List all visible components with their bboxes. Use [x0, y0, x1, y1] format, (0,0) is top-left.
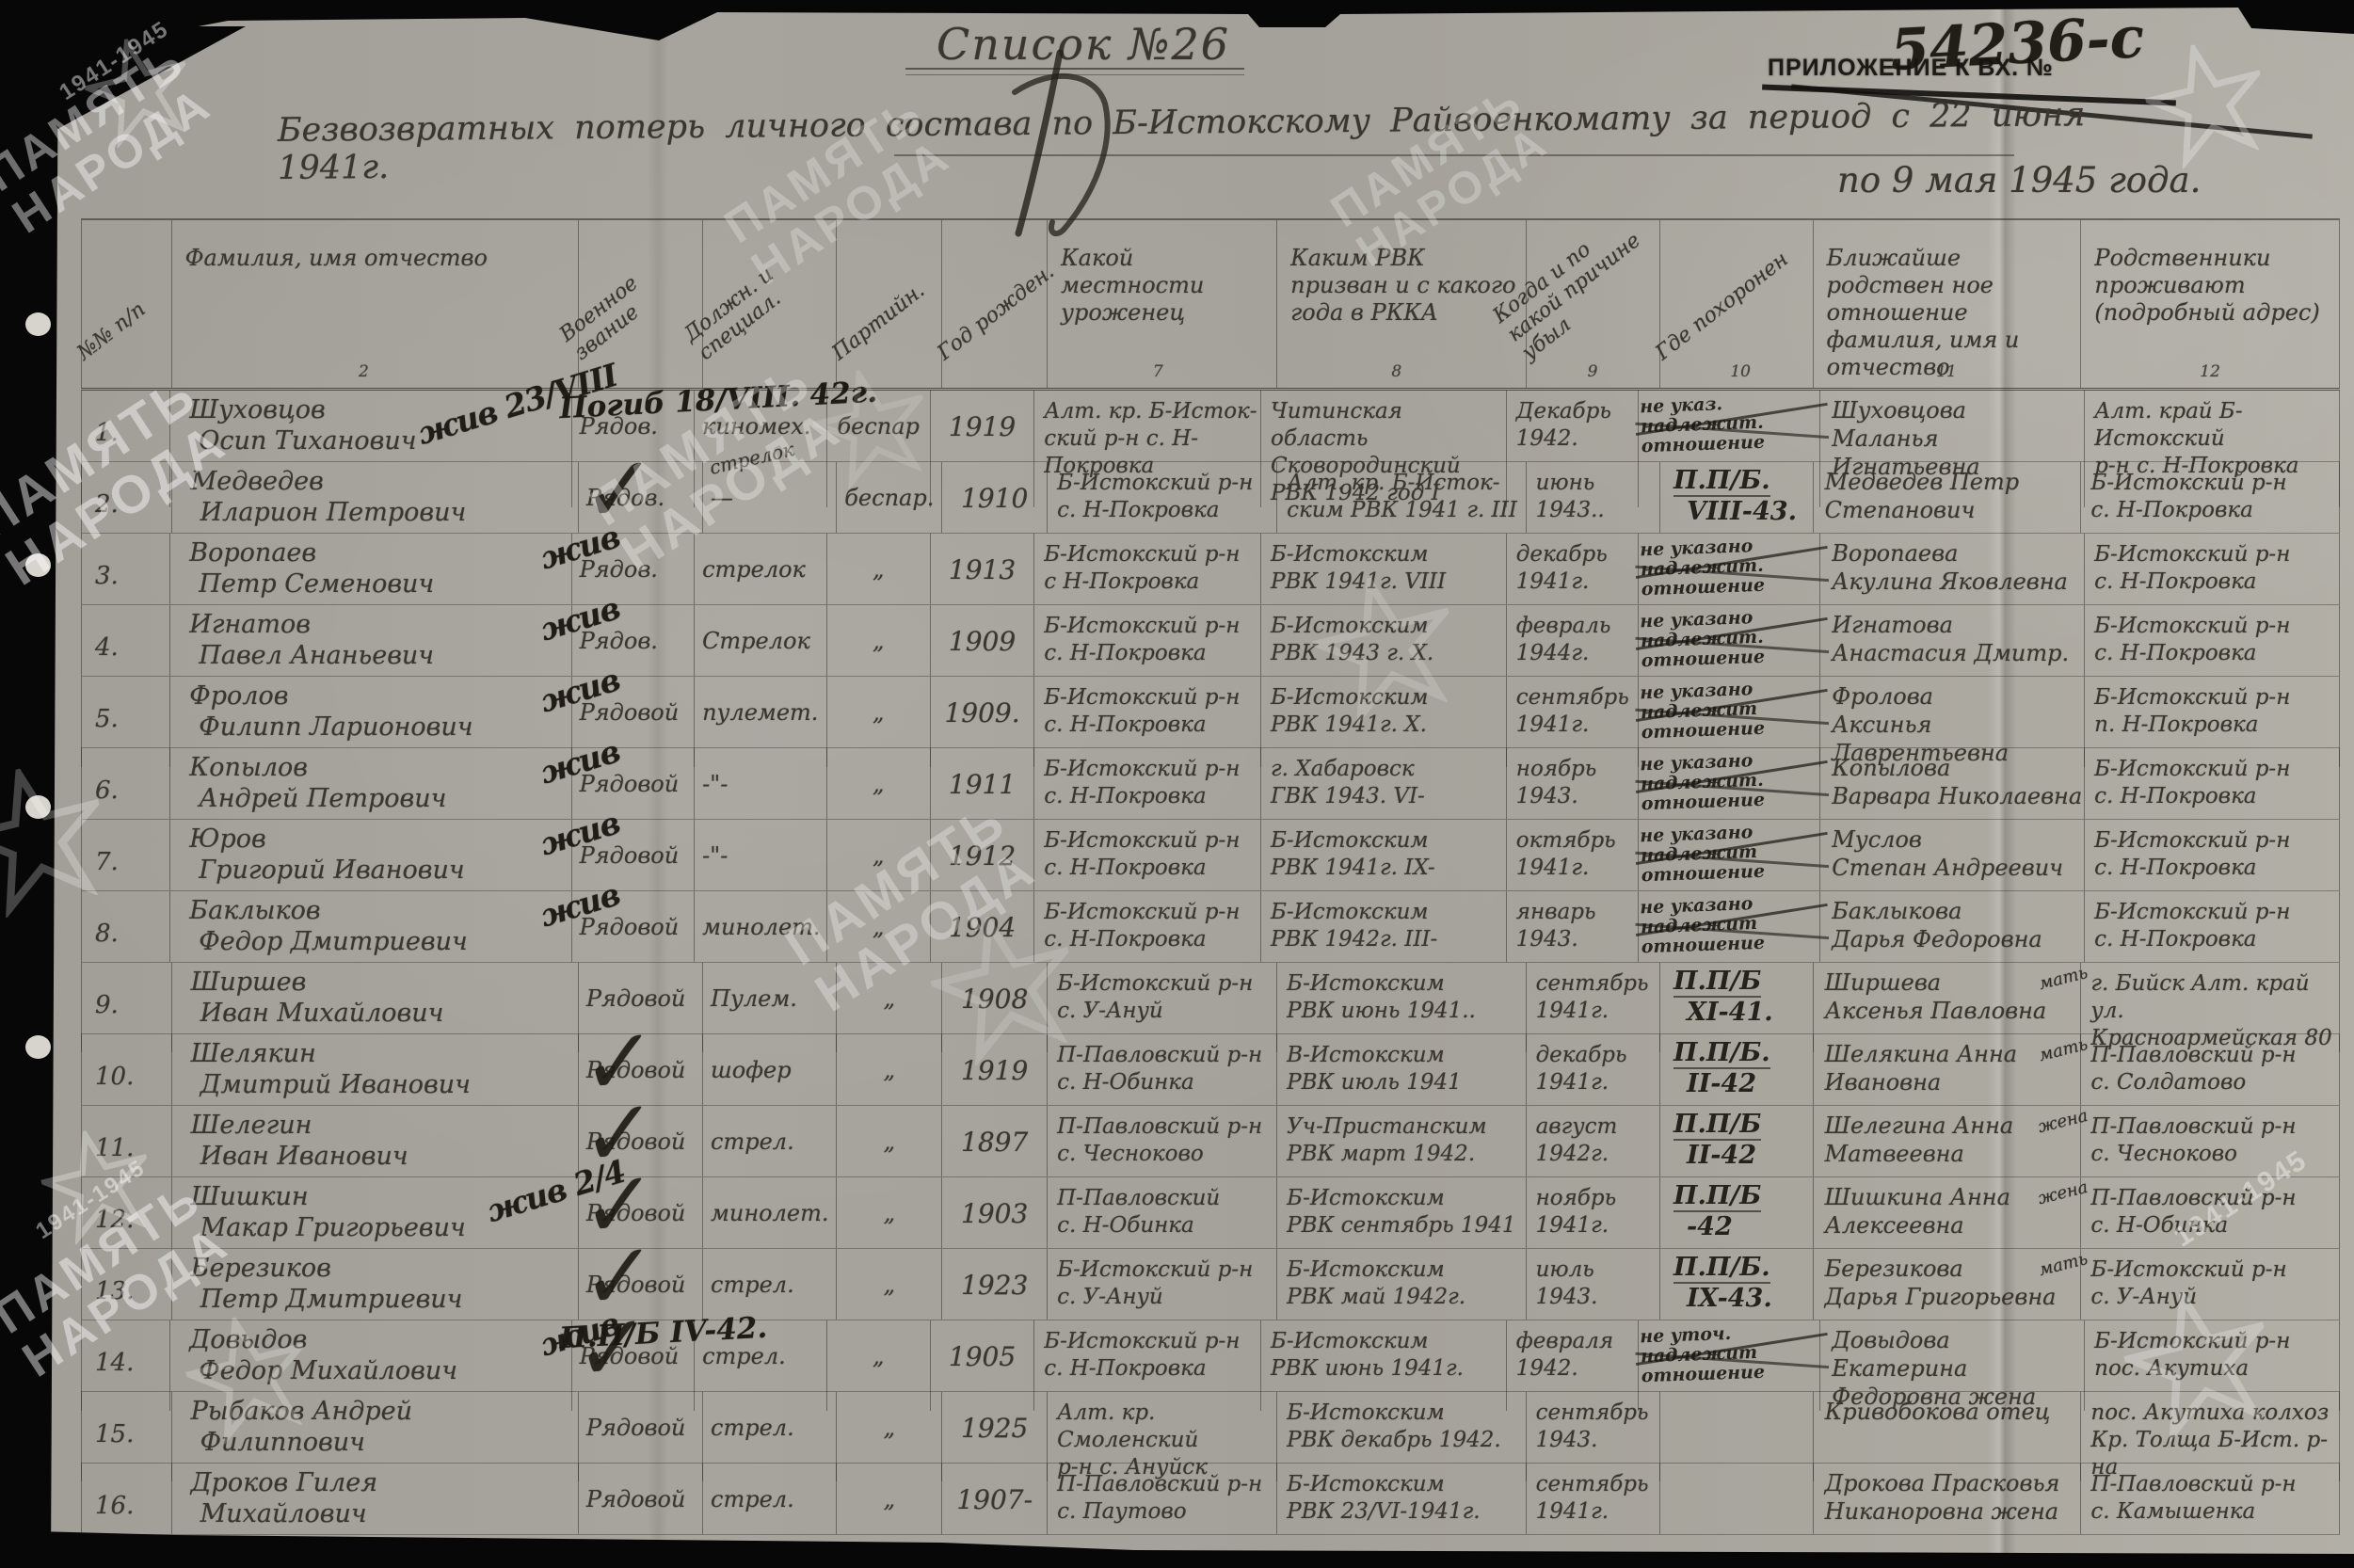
drafted-by-line2: РВК март 1942. — [1287, 1141, 1523, 1168]
column-header: Какой местности уроженец7 — [1048, 220, 1277, 388]
loss-date-line2: 1942. — [1516, 425, 1636, 453]
birthplace-line2: с. Н-Покровка — [1044, 926, 1258, 953]
punch-hole — [25, 1035, 51, 1059]
name-cell: Дроков ГилеяМихайлович — [172, 1464, 579, 1534]
birthplace-line1: Алт. кр. Смоленский — [1057, 1400, 1274, 1454]
given-name: Михайлович — [191, 1498, 578, 1529]
relative-cell: Шелегина АннаМатвеевнажена — [1814, 1106, 2082, 1176]
punch-hole — [25, 553, 51, 577]
loss-date-line1: июнь — [1536, 470, 1657, 497]
table-row: 2.МедведевИларион ПетровичРядов.✓—стрело… — [81, 462, 2340, 534]
duty-cell: стрел. — [703, 1464, 837, 1534]
burial-cell: не указанонадлежит.отношение — [1639, 605, 1820, 676]
address-line1: Б-Истокский р-н — [2090, 1256, 2337, 1284]
drafted-by-cell: Алт. кр. Б-Исток-ским РВК 1941 г. III — [1277, 462, 1526, 533]
burial-cell: П.П/БII-42 — [1660, 1106, 1814, 1176]
address-line2: с. Н-Покровка — [2094, 568, 2337, 596]
address-line1: П-Павловский р-н — [2090, 1471, 2337, 1498]
surname: Копылов — [189, 752, 570, 783]
table-row: 13.БерезиковПетр ДмитриевичРядовой✓стрел… — [81, 1249, 2340, 1320]
address-line1: П-Павловский р-н — [2090, 1185, 2337, 1212]
column-header-label: Каким РВК призван и с какого года в РККА — [1290, 245, 1515, 326]
duty-cell: минолет. — [703, 1177, 837, 1248]
party-status: „ — [827, 534, 931, 604]
field-post-line1: П.П/Б. — [1673, 1253, 1770, 1284]
loss-date-cell: июнь1943.. — [1527, 462, 1660, 533]
crossed-note-line: отношение — [1641, 932, 1821, 958]
duty-speciality: Стрелок — [702, 628, 810, 654]
drafted-by-cell: Б-ИстокскимРВК 1943 г. X. — [1261, 605, 1507, 676]
column-header-label: Родственники проживают (подробный адрес) — [2094, 245, 2319, 326]
drafted-by-line2: РВК июнь 1941г. — [1271, 1355, 1504, 1383]
surname: Шелякин — [191, 1038, 578, 1069]
address-cell: Б-Истокский р-нс. Н-Покровка — [2085, 534, 2340, 604]
address-cell: П-Павловский р-нс. Солдатово — [2081, 1034, 2340, 1105]
drafted-by-line2: ГВК 1943. VI- — [1271, 783, 1504, 810]
field-post-note: П.П/Б.VIII-43. — [1662, 466, 1813, 526]
party-status: „ — [827, 820, 931, 890]
duty-cell: шофер — [703, 1034, 837, 1105]
birthplace-cell: Б-Истокский р-нс. Н-Покровка — [1034, 605, 1261, 676]
field-post-line2: -42 — [1673, 1212, 1813, 1241]
crossed-note-line: отношение — [1641, 1361, 1821, 1387]
given-name: Иван Иванович — [191, 1141, 578, 1172]
drafted-by-line1: Б-Истокским — [1271, 827, 1504, 855]
name-cell: ШелякинДмитрий Иванович — [172, 1034, 579, 1105]
birthplace-line2: с. Н-Обинка — [1057, 1212, 1274, 1240]
address-line2: с. Н-Покровка — [2094, 926, 2337, 953]
birthplace-line1: Б-Истокский р-н — [1057, 1256, 1274, 1284]
surname: Воропаев — [189, 537, 570, 568]
birthplace-line1: П-Павловский р-н — [1057, 1042, 1274, 1069]
column-header: Год рожден. — [942, 220, 1048, 388]
column-header-label: Какой местности уроженец — [1061, 245, 1204, 326]
relative-cell: Дрокова ПрасковьяНиканоровна жена — [1814, 1464, 2082, 1534]
address-cell: Б-Истокский р-нс. Н-Покровка — [2085, 820, 2340, 890]
drafted-by-line2: ским РВК 1941 г. III — [1287, 497, 1523, 524]
loss-date-line1: декабрь — [1536, 1042, 1657, 1069]
military-rank: Рядовой — [586, 985, 686, 1012]
relative-cell: ВоропаеваАкулина Яковлевна — [1820, 534, 2085, 604]
crossed-note: не указ.надлежит.отношение — [1640, 392, 1820, 457]
birth-year: 1912 — [931, 820, 1034, 890]
relative-line2: Анастасия Дмитр. — [1832, 639, 2084, 667]
birth-year: 1903 — [942, 1177, 1048, 1248]
party-status: „ — [837, 1106, 942, 1176]
loss-date-line1: ноябрь — [1516, 756, 1636, 783]
table-row: 10.ШелякинДмитрий ИвановичРядовой✓шофер„… — [81, 1034, 2340, 1106]
loss-date-cell: декабрь1941г. — [1527, 1034, 1660, 1105]
loss-date-cell: июль1943. — [1527, 1249, 1660, 1320]
table-row: 6.КопыловАндрей ПетровичживРядовой-"-„19… — [81, 748, 2340, 820]
relative-line2: Варвара Николаевна — [1832, 782, 2084, 810]
rank-cell: Рядовой — [579, 1464, 703, 1534]
address-line1: г. Бийск Алт. край — [2090, 970, 2337, 998]
burial-cell: П.П/Б.IX-43. — [1660, 1249, 1814, 1320]
field-post-line1: П.П/Б — [1673, 967, 1761, 998]
surname: Шелегин — [191, 1110, 578, 1141]
crossed-note: не уточ.надлежитотношение — [1640, 1321, 1820, 1387]
burial-cell — [1660, 1464, 1814, 1534]
relative-cell: БаклыковаДарья Федоровна — [1820, 891, 2085, 962]
birthplace-line2: с. Н-Покровка — [1044, 712, 1258, 739]
relative-line1: Копылова — [1832, 754, 2084, 782]
loss-date-line2: 1941г. — [1516, 712, 1636, 739]
field-post-line2: II-42 — [1673, 1141, 1813, 1170]
crossed-note: не указанонадлежит.отношение — [1640, 606, 1820, 672]
duty-cell: -"- — [695, 748, 826, 819]
loss-date-line1: январь — [1516, 899, 1636, 926]
row-number: 13. — [81, 1249, 172, 1320]
drafted-by-line1: Б-Истокским — [1271, 684, 1504, 712]
birthplace-line1: Б-Истокский р-н — [1044, 827, 1258, 855]
field-post-note: П.П/БII-42 — [1662, 1110, 1813, 1170]
row-number: 6. — [81, 748, 170, 819]
birthplace-line2: с. Н-Покровка — [1044, 1355, 1258, 1383]
relative-line2: Матвеевна — [1825, 1140, 2081, 1168]
given-name: Павел Ананьевич — [189, 640, 570, 671]
birthplace-line2: с. У-Ануй — [1057, 1284, 1274, 1311]
address-line2: с. Н-Обинка — [2090, 1212, 2337, 1240]
birthplace-line1: Б-Истокский р-н — [1044, 613, 1258, 640]
duty-speciality: стрел. — [711, 1415, 794, 1441]
name-cell: БерезиковПетр Дмитриевич — [172, 1249, 579, 1320]
given-name: Григорий Иванович — [189, 855, 570, 886]
birthplace-cell: П-Павловский р-нс. Паутово — [1048, 1464, 1277, 1534]
relative-line1: Медведев Петр — [1825, 468, 2081, 496]
field-post-line1: П.П/Б — [1673, 1110, 1761, 1141]
birthplace-line1: П-Павловский р-н — [1057, 1113, 1274, 1141]
column-number: 8 — [1391, 359, 1401, 386]
loss-date-line1: октябрь — [1516, 827, 1636, 855]
duty-speciality: минолет. — [711, 1200, 828, 1226]
drafted-by-line1: Б-Истокским — [1287, 970, 1523, 998]
given-name: Федор Дмитриевич — [189, 926, 570, 957]
birthplace-line2: с. Н-Покровка — [1044, 855, 1258, 882]
duty-speciality: -"- — [702, 771, 728, 797]
surname: Медведев — [191, 466, 578, 497]
row-number: 12. — [81, 1177, 172, 1248]
relative-cell: КопыловаВарвара Николаевна — [1820, 748, 2085, 819]
drafted-by-line1: Уч-Пристанским — [1287, 1113, 1523, 1141]
name-cell: ИгнатовПавел Ананьевичжив — [170, 605, 571, 676]
birthplace-cell: П-Павловский р-нс. Чесноково — [1048, 1106, 1277, 1176]
table-row: 3.ВоропаевПетр СеменовичживРядов.стрелок… — [81, 534, 2340, 605]
address-line1: Алт. край Б-Истокский — [2094, 398, 2337, 453]
loss-date-line1: февраль — [1516, 613, 1636, 640]
column-number: 10 — [1730, 359, 1751, 386]
column-number: 11 — [1936, 359, 1957, 386]
relative-cell: МусловСтепан Андреевич — [1820, 820, 2085, 890]
surname: Березиков — [191, 1253, 578, 1284]
loss-date-cell: ноябрь1943. — [1507, 748, 1639, 819]
field-post-line2: IX-43. — [1673, 1284, 1813, 1313]
column-header: Ближайше родствен ное отношение фамилия,… — [1814, 220, 2082, 388]
crossed-note-line: отношение — [1641, 717, 1821, 744]
loss-date-line1: сентябрь — [1536, 970, 1657, 998]
party-status: „ — [837, 1464, 942, 1534]
drafted-by-cell: В-ИстокскимРВК июль 1941 — [1277, 1034, 1526, 1105]
punch-hole — [25, 795, 51, 819]
relative-line1: Воропаева — [1832, 539, 2084, 568]
drafted-by-line1: Б-Истокским — [1271, 1328, 1504, 1355]
burial-cell: П.П/Б.II-42 — [1660, 1034, 1814, 1105]
relative-line2: Алексеевна — [1825, 1211, 2081, 1240]
drafted-by-line2: РВК июнь 1941.. — [1287, 998, 1523, 1025]
duty-speciality: Пулем. — [711, 985, 797, 1012]
duty-speciality: стрел. — [711, 1128, 794, 1155]
field-post-line1: П.П/Б. — [1673, 1038, 1770, 1069]
address-line2: с. Н-Покровка — [2090, 497, 2337, 524]
loss-date-line2: 1941г. — [1536, 1212, 1657, 1240]
birthplace-line1: Алт. кр. Б-Исток- — [1044, 398, 1258, 425]
loss-date-cell: февраль1944г. — [1507, 605, 1639, 676]
given-name: Андрей Петрович — [189, 783, 570, 814]
burial-cell: П.П/Б.VIII-43. — [1660, 462, 1814, 533]
loss-date-line1: декабрь — [1516, 541, 1636, 568]
table-row: 11.ШелегинИван ИвановичРядовой✓стрел.„18… — [81, 1106, 2340, 1177]
row-number: 7. — [81, 820, 170, 890]
military-rank: Рядовой — [586, 1486, 686, 1512]
drafted-by-cell: Б-ИстокскимРВК 23/VI-1941г. — [1277, 1464, 1526, 1534]
document-subtitle-line2: по 9 мая 1945 года. — [1837, 160, 2201, 200]
loss-date-line2: 1944г. — [1516, 640, 1636, 667]
address-line2: с. Н-Покровка — [2094, 855, 2337, 882]
crossed-note-line: отношение — [1641, 574, 1821, 600]
scan-edge-left — [0, 0, 58, 1568]
address-line2: п. Н-Покровка — [2094, 712, 2337, 739]
birthplace-line2: с Н-Покровка — [1044, 568, 1258, 596]
column-number: 2 — [359, 359, 369, 386]
crossed-note-line: отношение — [1641, 789, 1821, 815]
drafted-by-line1: Б-Истокским — [1271, 613, 1504, 640]
given-name: Федор Михайлович — [189, 1355, 570, 1386]
loss-date-line2: 1942г. — [1536, 1141, 1657, 1168]
crossed-note: не указанонадлежит.отношение — [1640, 535, 1820, 600]
surname: Юров — [189, 824, 570, 855]
party-status: „ — [827, 748, 931, 819]
given-name: Дмитрий Иванович — [191, 1069, 578, 1100]
loss-date-line2: 1943. — [1536, 1284, 1657, 1311]
row-number: 4. — [81, 605, 170, 676]
loss-date-cell: ноябрь1941г. — [1527, 1177, 1660, 1248]
crossed-note-line: отношение — [1641, 860, 1821, 887]
loss-date-line1: февраля — [1516, 1328, 1636, 1355]
address-line1: Б-Истокский р-н — [2094, 1328, 2337, 1355]
drafted-by-cell: Б-ИстокскимРВК май 1942г. — [1277, 1249, 1526, 1320]
birth-year: 1911 — [931, 748, 1034, 819]
birth-year: 1913 — [931, 534, 1034, 604]
drafted-by-line1: Б-Истокским — [1287, 1471, 1523, 1498]
birthplace-line1: Б-Истокский р-н — [1044, 684, 1258, 712]
field-post-note: П.П/Б.IX-43. — [1662, 1253, 1813, 1313]
birthplace-line1: П-Павловский — [1057, 1185, 1274, 1212]
birthplace-line2: с. Н-Покровка — [1044, 783, 1258, 810]
party-status: „ — [837, 1034, 942, 1105]
address-line1: Б-Истокский р-н — [2094, 613, 2337, 640]
drafted-by-line1: Б-Истокским — [1271, 899, 1504, 926]
row-number: 3. — [81, 534, 170, 604]
given-name: Петр Дмитриевич — [191, 1284, 578, 1315]
birthplace-line2: с. Н-Покровка — [1044, 640, 1258, 667]
address-line2: с. Н-Покровка — [2094, 640, 2337, 667]
birthplace-cell: Б-Истокский р-нс. У-Ануй — [1048, 1249, 1277, 1320]
address-cell: Б-Истокский р-нс. Н-Покровка — [2085, 891, 2340, 962]
loss-date-line2: 1941г. — [1516, 855, 1636, 882]
military-rank: Рядовой — [586, 1415, 686, 1441]
column-header: №№ п/п — [81, 220, 172, 388]
duty-speciality: шофер — [711, 1057, 792, 1083]
duty-cell: стрелок — [695, 534, 826, 604]
column-header: Каким РВК призван и с какого года в РККА… — [1277, 220, 1526, 388]
address-line1: Б-Истокский р-н — [2094, 827, 2337, 855]
crossed-note: не указанонадлежитотношение — [1640, 821, 1820, 887]
birthplace-line1: Б-Истокский р-н — [1057, 470, 1274, 497]
loss-date-cell: январь1943. — [1507, 891, 1639, 962]
birth-year: 1909 — [931, 605, 1034, 676]
relative-line1: Кривобокова отец — [1825, 1398, 2081, 1426]
birthplace-cell: Б-Истокский р-нс. Н-Покровка — [1034, 891, 1261, 962]
column-header-label: Фамилия, имя отчество — [185, 245, 488, 271]
drafted-by-line1: В-Истокским — [1287, 1042, 1523, 1069]
loss-date-cell: декабрь1941г. — [1507, 534, 1639, 604]
surname: Рыбаков Андрей — [191, 1396, 578, 1427]
table-row: 1.ШуховцовОсип Тихановичжив 23/VIIIРядов… — [81, 391, 2340, 462]
pencil-scrawl — [986, 45, 1146, 243]
relative-line1: Муслов — [1832, 825, 2084, 854]
drafted-by-line1: Читинская область — [1271, 398, 1504, 453]
field-post-note: П.П/Б-42 — [1662, 1181, 1813, 1241]
column-number: 12 — [2200, 359, 2220, 386]
address-line2: с. Чесноково — [2090, 1141, 2337, 1168]
loss-date-line1: август — [1536, 1113, 1657, 1141]
casualty-table: №№ п/пФамилия, имя отчество2Военное зван… — [81, 218, 2340, 1535]
drafted-by-line2: РВК 1941г. IX- — [1271, 855, 1504, 882]
address-line1: П-Павловский р-н — [2090, 1113, 2337, 1141]
field-post-line2: II-42 — [1673, 1069, 1813, 1098]
duty-speciality: стрелок — [702, 556, 806, 583]
crossed-note-line: отношение — [1641, 431, 1821, 457]
relative-line1: Дрокова Прасковья — [1825, 1469, 2081, 1497]
drafted-by-line2: РВК 1943 г. X. — [1271, 640, 1504, 667]
table-row: 16.Дроков ГилеяМихайловичРядовойстрел.„1… — [81, 1464, 2340, 1535]
row-number: 11. — [81, 1106, 172, 1176]
loss-date-cell: сентябрь1941г. — [1527, 1464, 1660, 1534]
loss-date-line1: сентябрь — [1536, 1471, 1657, 1498]
table-row: 7.ЮровГригорий ИвановичживРядовой-"-„191… — [81, 820, 2340, 891]
duty-cell: —стрелок — [703, 462, 837, 533]
name-cell: ШишкинМакар Григорьевичжив 2/4 — [172, 1177, 579, 1248]
address-line1: П-Павловский р-н — [2090, 1042, 2337, 1069]
drafted-by-line2: РВК 23/VI-1941г. — [1287, 1498, 1523, 1526]
drafted-by-cell: Б-ИстокскимРВК 1941г. IX- — [1261, 820, 1507, 890]
duty-speciality: стрел. — [711, 1486, 794, 1512]
duty-speciality: -"- — [702, 842, 728, 869]
drafted-by-cell: Уч-ПристанскимРВК март 1942. — [1277, 1106, 1526, 1176]
name-cell: ВоропаевПетр Семеновичжив — [170, 534, 571, 604]
address-line1: Б-Истокский р-н — [2090, 470, 2337, 497]
surname: Баклыков — [189, 895, 570, 926]
name-cell: ШелегинИван Иванович — [172, 1106, 579, 1176]
table-row: 9.ШиршевИван МихайловичРядовойПулем.„190… — [81, 963, 2340, 1034]
birth-year: 1907- — [942, 1464, 1048, 1534]
drafted-by-line2: РВК июль 1941 — [1287, 1069, 1523, 1096]
party-status: „ — [837, 1177, 942, 1248]
relative-cell: Шишкина АннаАлексеевнажена — [1814, 1177, 2082, 1248]
relative-line1: Довыдова Екатерина — [1832, 1326, 2084, 1383]
table-row: 14.ДовыдовФедор МихайловичживРядовой✓П.П… — [81, 1320, 2340, 1392]
duty-cell: минолет. — [695, 891, 826, 962]
loss-date-line2: 1943.. — [1536, 497, 1657, 524]
drafted-by-line2: РВК сентябрь 1941 — [1287, 1212, 1523, 1240]
crossed-note: не указанонадлежитотношение — [1640, 892, 1820, 958]
loss-date-line2: 1941г. — [1536, 998, 1657, 1025]
loss-date-line1: сентябрь — [1516, 684, 1636, 712]
table-header-row: №№ п/пФамилия, имя отчество2Военное зван… — [81, 218, 2340, 391]
column-header-label: Где похоронен — [1652, 240, 1802, 365]
address-cell: П-Павловский р-нс. Н-Обинка — [2081, 1177, 2340, 1248]
party-status: беспар. — [837, 462, 942, 533]
column-header: Когда и по какой причине убыл9 — [1527, 220, 1660, 388]
field-post-line1: П.П/Б — [1673, 1181, 1761, 1212]
relative-line2: Дарья Григорьевна — [1825, 1283, 2081, 1311]
relative-cell: БерезиковаДарья Григорьевнамать — [1814, 1249, 2082, 1320]
burial-cell: не указанонадлежит.отношение — [1639, 748, 1820, 819]
loss-date-line2: 1942. — [1516, 1355, 1636, 1383]
loss-date-line2: 1941г. — [1536, 1498, 1657, 1526]
loss-date-line2: 1943. — [1516, 926, 1636, 953]
relative-line2: Степан Андреевич — [1832, 854, 2084, 882]
column-number: 9 — [1588, 359, 1598, 386]
loss-date-line1: июль — [1536, 1256, 1657, 1284]
loss-date-line1: ноябрь — [1536, 1185, 1657, 1212]
duty-speciality: пулемет. — [702, 699, 818, 726]
punch-hole — [25, 312, 51, 336]
address-line2: с. У-Ануй — [2090, 1284, 2337, 1311]
birth-year: 1910 — [942, 462, 1048, 533]
table-row: 8.БаклыковФедор ДмитриевичживРядовоймино… — [81, 891, 2340, 963]
column-header: Должн. и специал. — [703, 220, 837, 388]
field-post-line1: П.П/Б. — [1673, 466, 1770, 497]
relative-cell: Шелякина АннаИвановнамать — [1814, 1034, 2082, 1105]
duty-cell: -"- — [695, 820, 826, 890]
scanned-casualty-list-page: Список №26 54236-с ПРИЛОЖЕНИЕ К ВХ. № Бе… — [0, 0, 2354, 1568]
table-body: 1.ШуховцовОсип Тихановичжив 23/VIIIРядов… — [81, 391, 2340, 1535]
surname: Ширшев — [191, 967, 578, 998]
address-line2: с. Н-Покровка — [2094, 783, 2337, 810]
table-row: 5.ФроловФилипп ЛарионовичживРядовойпулем… — [81, 677, 2340, 748]
birthplace-line2: с. Н-Покровка — [1057, 497, 1274, 524]
drafted-by-line1: г. Хабаровск — [1271, 756, 1504, 783]
birthplace-line1: Б-Истокский р-н — [1057, 970, 1274, 998]
surname: Довыдов — [189, 1324, 570, 1355]
birthplace-line1: П-Павловский р-н — [1057, 1471, 1274, 1498]
crossed-note: не указанонадлежит.отношение — [1640, 749, 1820, 815]
crossed-note: не указанонадлежитотношение — [1640, 678, 1820, 744]
birthplace-line1: Б-Истокский р-н — [1044, 541, 1258, 568]
surname: Фролов — [189, 680, 570, 712]
drafted-by-line2: РВК 1942г. III- — [1271, 926, 1504, 953]
address-line1: пос. Акутиха колхоз — [2090, 1400, 2337, 1427]
column-header: Фамилия, имя отчество2 — [172, 220, 579, 388]
drafted-by-line1: Алт. кр. Б-Исток- — [1287, 470, 1523, 497]
address-cell: П-Павловский р-нс. Камышенка — [2081, 1464, 2340, 1534]
row-number: 10. — [81, 1034, 172, 1105]
relative-line1: Баклыкова — [1832, 897, 2084, 925]
drafted-by-cell: Б-ИстокскимРВК 1941г. VIII — [1261, 534, 1507, 604]
burial-cell: не указанонадлежитотношение — [1639, 820, 1820, 890]
loss-date-line1: сентябрь — [1536, 1400, 1657, 1427]
